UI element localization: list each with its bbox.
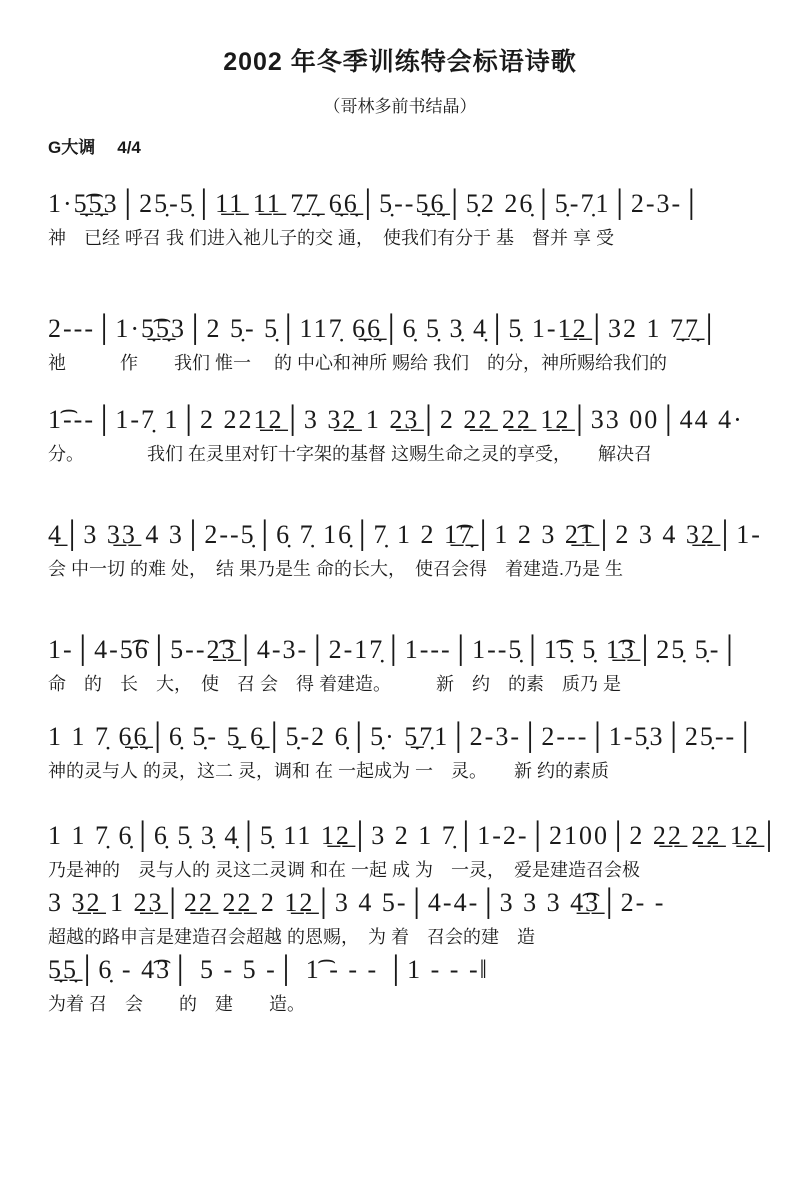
music-line: 2---│1·5̲̣͡5̲̣3│2 5̣- 5̣│117̣ 6̲̣6̲̣│6̣ … [48,309,752,349]
notation-system: 1 1 7̣ 6̲̣6̲̣│6̣ 5̣- 5̲̣ 6̲̣│5̣-2 6̣│5̣·… [48,717,752,784]
key-signature: G大调 [48,138,95,157]
sheet-music-page: 2002 年冬季训练特会标语诗歌 （哥林多前书结晶） G大调4/4 1·5̲̣͡… [0,0,792,1190]
notation-system: 3 3̲2̲ 1 2̲3̲│2̲2̲ 2̲2̲ 2 1̲2̲│3 4 5-│4-… [48,883,752,950]
lyric-line: 乃是神的 灵与人的 灵这二灵调 和在 一起 成 为 一灵， 爱是建造召会极 [48,857,752,883]
time-signature: 4/4 [117,138,141,157]
lyric-line: 命 的 长 大， 使 召 会 得 着建造。 新 约 的素 质乃 是 [48,671,752,697]
music-line: 1 1 7̣ 6̲̣6̲̣│6̣ 5̣- 5̲̣ 6̲̣│5̣-2 6̣│5̣·… [48,717,752,757]
lyric-line: 为着 召 会 的 建 造。 [48,991,752,1017]
lyric-line: 会 中一切 的难 处， 结 果乃是生 命的长大， 使召会得 着建造.乃是 生 [48,556,752,582]
song-subtitle: （哥林多前书结晶） [48,92,752,117]
notation-system: 2---│1·5̲̣͡5̲̣3│2 5̣- 5̣│117̣ 6̲̣6̲̣│6̣ … [48,309,752,376]
lyric-line: 分。 我们 在灵里对钉十字架的基督 这赐生命之灵的享受， 解决召 [48,441,752,467]
music-line: 1·5̲̣͡5̲̣3│25̣-5̣│1̲1̲ 1̲1̲ 7̲̣7̲̣ 6̲̣6̲… [48,184,752,224]
music-line: 1-│4-5͡6│5--2̲͡3̲│4-3-│2-17̣│1---│1--5̣│… [48,630,752,670]
music-line: 1͡---│1-7̣ 1│2 221̲2̲│3 3̲2̲ 1 2̲3̲│2 2̲… [48,400,752,440]
notation-system: 1͡---│1-7̣ 1│2 221̲2̲│3 3̲2̲ 1 2̲3̲│2 2̲… [48,400,752,467]
key-time-row: G大调4/4 [48,133,752,158]
music-line: 1 1 7̣ 6̣│6̣ 5̣ 3̣ 4̣│5̣ 11 1̲2̲│3 2 1 7… [48,816,752,856]
lyric-line: 神的灵与人 的灵，这二 灵，调和 在 一起成为 一 灵。 新 约的素质 [48,758,752,784]
notation-system: 1·5̲̣͡5̲̣3│25̣-5̣│1̲1̲ 1̲1̲ 7̲̣7̲̣ 6̲̣6̲… [48,184,752,251]
notation-system: 1-│4-5͡6│5--2̲͡3̲│4-3-│2-17̣│1---│1--5̣│… [48,630,752,697]
notation-system: 5̲̣5̲̣│6̣ - 4͡3│ 5 - 5 -│ 1͡ - - - │1 - … [48,950,752,1017]
music-line: 5̲̣5̲̣│6̣ - 4͡3│ 5 - 5 -│ 1͡ - - - │1 - … [48,950,752,990]
lyric-line: 超越的路申言是建造召会超越 的恩赐， 为 着 召会的建 造 [48,924,752,950]
lyric-line: 祂 作 我们 惟一 的 中心和神所 赐给 我们 的分，神所赐给我们的 [48,350,752,376]
song-title: 2002 年冬季训练特会标语诗歌 [48,42,752,78]
music-line: 3 3̲2̲ 1 2̲3̲│2̲2̲ 2̲2̲ 2 1̲2̲│3 4 5-│4-… [48,883,752,923]
notation-system: 1 1 7̣ 6̣│6̣ 5̣ 3̣ 4̣│5̣ 11 1̲2̲│3 2 1 7… [48,816,752,883]
music-line: 4̲│3 3̲3̲ 4 3│2--5̣│6̣ 7̣ 16̣│7̣ 1 2 1̲͡… [48,515,752,555]
lyric-line: 神 已经 呼召 我 们进入祂儿子的交 通， 使我们有分于 基 督并 享 受 [48,225,752,251]
notation-system: 4̲│3 3̲3̲ 4 3│2--5̣│6̣ 7̣ 16̣│7̣ 1 2 1̲͡… [48,515,752,582]
